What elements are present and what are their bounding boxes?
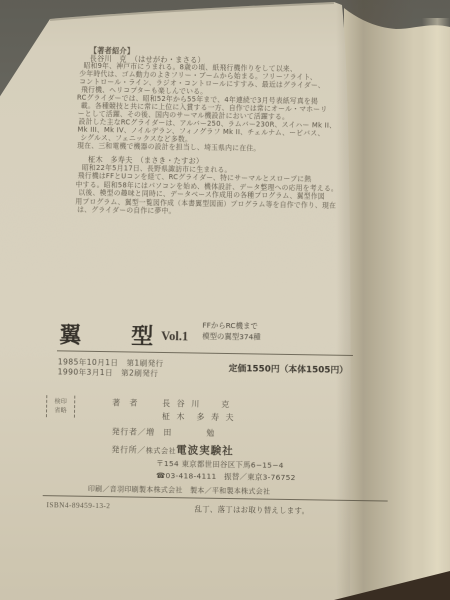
bio-line: 現在、三和電機で機器の設計を担当し、埼玉県内に在住。 — [77, 143, 260, 153]
replacement-note: 乱丁、落丁はお取り替えします。 — [194, 503, 309, 516]
stamp-line: 検印 — [54, 397, 67, 406]
isbn-text: ISBN4-89459-13-2 — [46, 501, 110, 510]
bio-line: は、グライダーの自作に夢中。 — [77, 207, 176, 215]
stamp-line: 省略 — [54, 406, 67, 415]
author-label: 著 者 — [112, 397, 138, 408]
book-colophon-photo: 【著者紹介】 長谷川 克 （はせがわ・まさる） 昭和9年、神戸市にうまれる。8歳… — [0, 0, 450, 600]
company-prefix: 株式会社 — [146, 447, 177, 455]
colophon-author2: 柾 木 多 寿 夫 — [162, 411, 236, 423]
book-subtitle-line2: 模型の翼型374種 — [202, 331, 261, 343]
publisher-phone: ☎03-418-4111 振替／東京3-76752 — [156, 469, 296, 482]
company-name: 電波実験社 — [176, 444, 234, 457]
inspection-stamp-box: 検印 省略 — [46, 395, 75, 417]
publishing-house-line: 発行所／株式会社電波実験社 — [111, 441, 234, 458]
publishing-house-label: 発行所／ — [111, 445, 146, 455]
book-volume: Vol.1 — [161, 329, 188, 344]
printer-line: 印刷／音羽印刷製本株式会社 製本／平和製本株式会社 — [88, 484, 271, 497]
price-text: 定価1550円（本体1505円） — [229, 361, 349, 376]
title-divider-rule — [57, 350, 353, 356]
book-subtitle-line1: FFからRC機まで — [202, 320, 258, 332]
publisher-person-line: 発行者／増 田 勉 — [112, 426, 215, 439]
second-printing-line: 1990年3月1日 第2刷発行 — [58, 366, 159, 379]
page-content: 【著者紹介】 長谷川 克 （はせがわ・まさる） 昭和9年、神戸市にうまれる。8歳… — [0, 0, 450, 600]
colophon-author1: 長 谷 川 克 — [162, 398, 231, 410]
book-title: 翼 型 — [59, 318, 155, 351]
